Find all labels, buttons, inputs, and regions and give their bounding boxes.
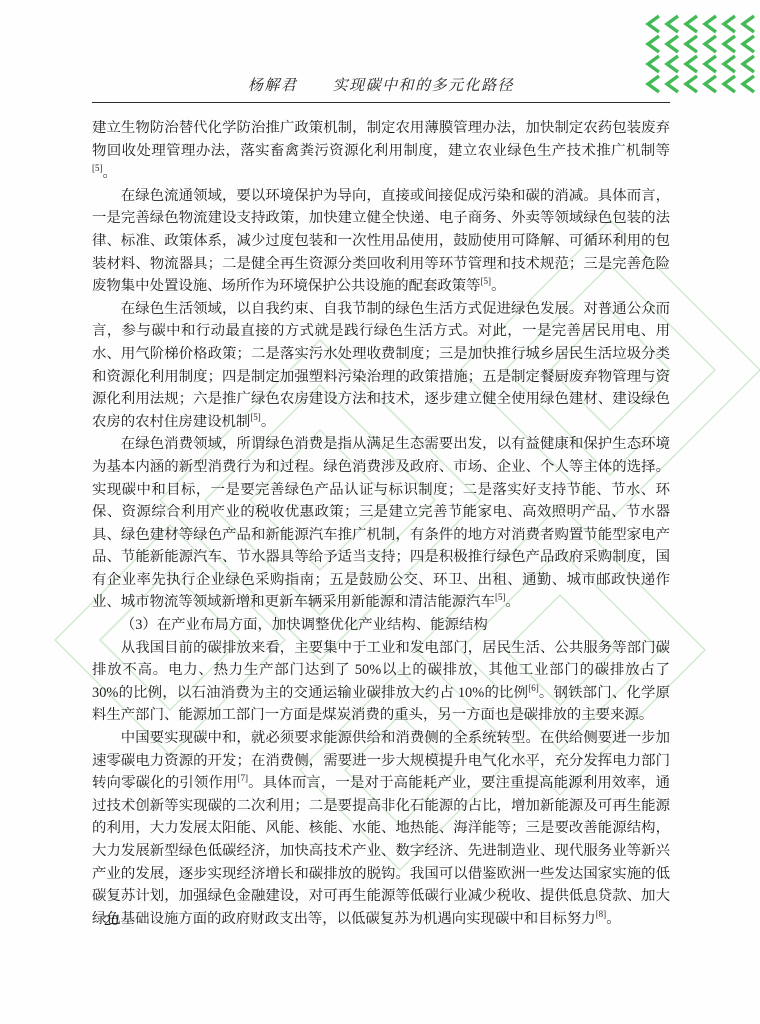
citation-ref: [7] xyxy=(238,773,249,783)
paragraph-text: 。 xyxy=(491,278,505,294)
citation-ref: [8] xyxy=(596,909,607,919)
paragraph: 在绿色流通领域，要以环境保护为导向，直接或间接促成污染和碳的消减。具体而言，一是… xyxy=(92,185,670,298)
paragraph: 在绿色生活领域，以自我约束、自我节制的绿色生活方式促进绿色发展。对普通公众而言，… xyxy=(92,298,670,434)
running-head: 杨解君 实现碳中和的多元化路径 xyxy=(92,74,670,95)
paragraph-text: 。具体而言，一是对于高能耗产业，要注重提高能源利用效率，通过技术创新等实现碳的二… xyxy=(92,775,670,927)
paragraph-text: 在绿色消费领域，所谓绿色消费是指从满足生态需要出发，以有益健康和保护生态环境为基… xyxy=(92,436,670,610)
paragraph-text: 在绿色流通领域，要以环境保护为导向，直接或间接促成污染和碳的消减。具体而言，一是… xyxy=(92,188,670,294)
citation-ref: [5] xyxy=(495,592,506,602)
paper-page: 杨解君 实现碳中和的多元化路径 建立生物防治替代化学防治推广政策机制，制定农用薄… xyxy=(0,0,760,1024)
article-body: 建立生物防治替代化学防治推广政策机制，制定农用薄膜管理办法，加快制定农药包装废弃… xyxy=(92,117,670,930)
paragraph: 从我国目前的碳排放来看，主要集中于工业和发电部门，居民生活、公共服务等部门碳排放… xyxy=(92,637,670,727)
paragraph-text: 在绿色生活领域，以自我约束、自我节制的绿色生活方式促进绿色发展。对普通公众而言，… xyxy=(92,301,670,430)
paragraph: 在绿色消费领域，所谓绿色消费是指从满足生态需要出发，以有益健康和保护生态环境为基… xyxy=(92,433,670,614)
page-number: 20 xyxy=(104,913,119,930)
running-head-author: 杨解君 xyxy=(248,78,298,94)
paragraph-text: 。 xyxy=(505,594,519,610)
paragraph-text: 建立生物防治替代化学防治推广政策机制，制定农用薄膜管理办法，加快制定农药包装废弃… xyxy=(92,120,670,159)
section-subheading: （3）在产业布局方面，加快调整优化产业结构、能源结构 xyxy=(92,614,670,637)
citation-ref: [5] xyxy=(92,163,103,173)
paragraph-text: 。 xyxy=(606,911,620,927)
paragraph: 建立生物防治替代化学防治推广政策机制，制定农用薄膜管理办法，加快制定农药包装废弃… xyxy=(92,117,670,185)
paragraph-text: （3）在产业布局方面，加快调整优化产业结构、能源结构 xyxy=(121,617,488,633)
citation-ref: [6] xyxy=(528,683,539,693)
running-head-title: 实现碳中和的多元化路径 xyxy=(333,78,515,94)
citation-ref: [5] xyxy=(250,412,261,422)
paragraph-text: 。 xyxy=(261,414,275,430)
citation-ref: [5] xyxy=(481,276,492,286)
paragraph-text: 。 xyxy=(103,165,117,181)
paragraph: 中国要实现碳中和，就必须要求能源供给和消费侧的全系统转型。在供给侧要进一步加速零… xyxy=(92,727,670,930)
header-rule xyxy=(92,102,670,103)
